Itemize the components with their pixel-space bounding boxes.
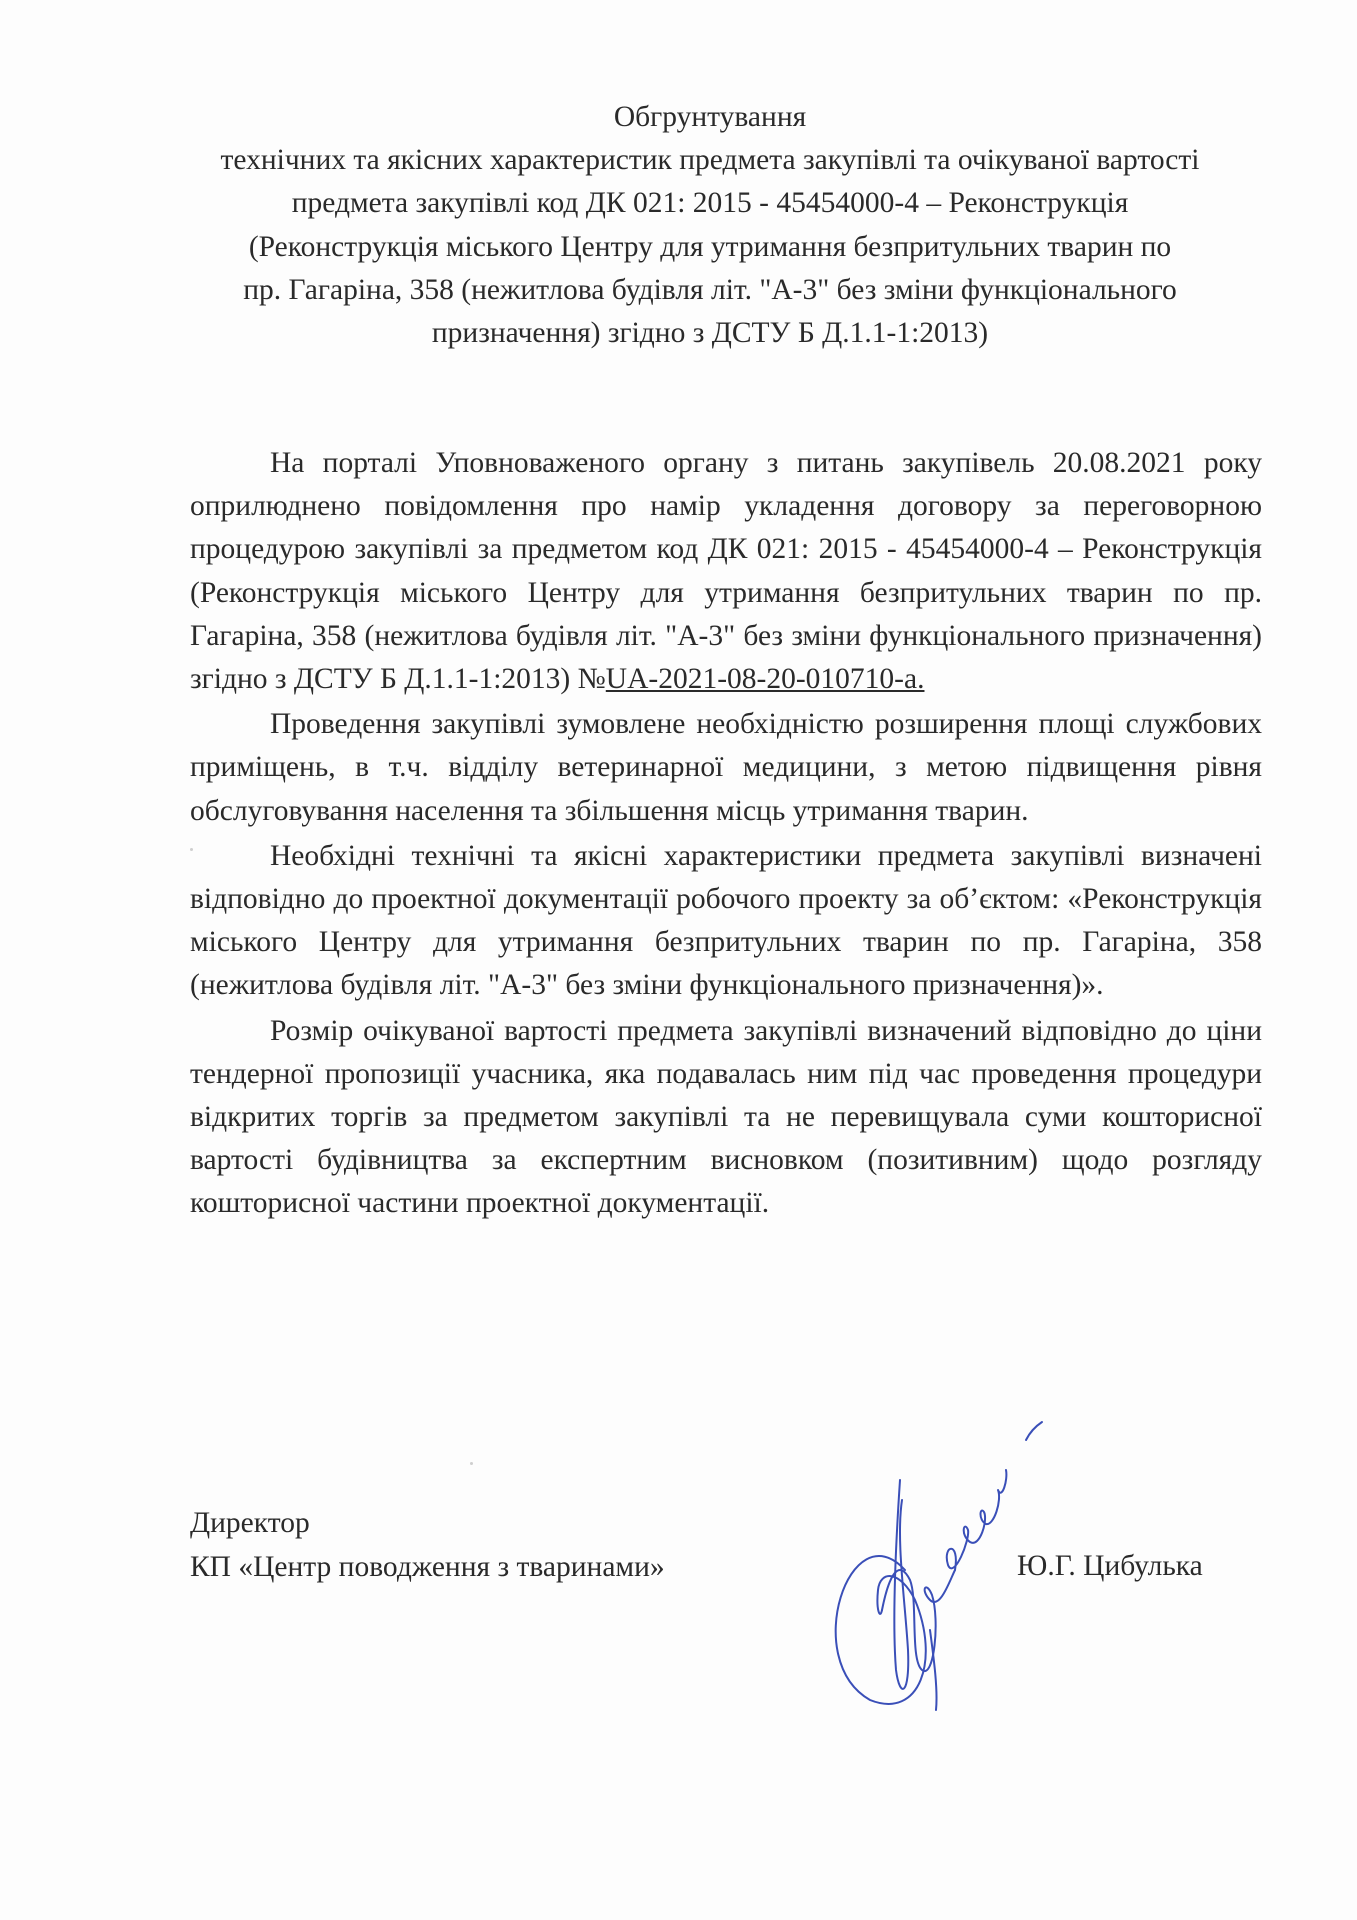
heading-line: предмета закупівлі код ДК 021: 2015 - 45… (160, 182, 1260, 225)
signatory-position: Директор (190, 1502, 665, 1546)
heading-line: технічних та якісних характеристик предм… (160, 139, 1260, 182)
paragraph-expected-cost: Розмір очікуваної вартості предмета заку… (190, 1010, 1262, 1226)
paragraph-characteristics: Необхідні технічні та якісні характерист… (190, 835, 1262, 1008)
scan-speck (190, 848, 193, 851)
paragraph-justification: Проведення закупівлі зумовлене необхідні… (190, 703, 1262, 833)
paragraph-announcement: На порталі Уповноваженого органу з питан… (190, 442, 1262, 701)
document-page: Обгрунтування технічних та якісних харак… (0, 0, 1357, 1920)
signatory-block: Директор КП «Центр поводження з тваринам… (190, 1502, 665, 1589)
heading-line: призначення) згідно з ДСТУ Б Д.1.1-1:201… (160, 312, 1260, 355)
document-heading: Обгрунтування технічних та якісних харак… (160, 96, 1260, 355)
signatory-name: Ю.Г. Цибулька (1017, 1545, 1203, 1589)
document-body: На порталі Уповноваженого органу з питан… (190, 442, 1262, 1228)
procurement-reference-link[interactable]: UA-2021-08-20-010710-a. (606, 663, 925, 695)
scan-speck (470, 1462, 473, 1465)
signatory-organization: КП «Центр поводження з тваринами» (190, 1546, 665, 1590)
heading-line: пр. Гагаріна, 358 (нежитлова будівля літ… (160, 269, 1260, 312)
heading-line: (Реконструкція міського Центру для утрим… (160, 226, 1260, 269)
heading-title: Обгрунтування (160, 96, 1260, 139)
paragraph-text: На порталі Уповноваженого органу з питан… (190, 447, 1262, 695)
